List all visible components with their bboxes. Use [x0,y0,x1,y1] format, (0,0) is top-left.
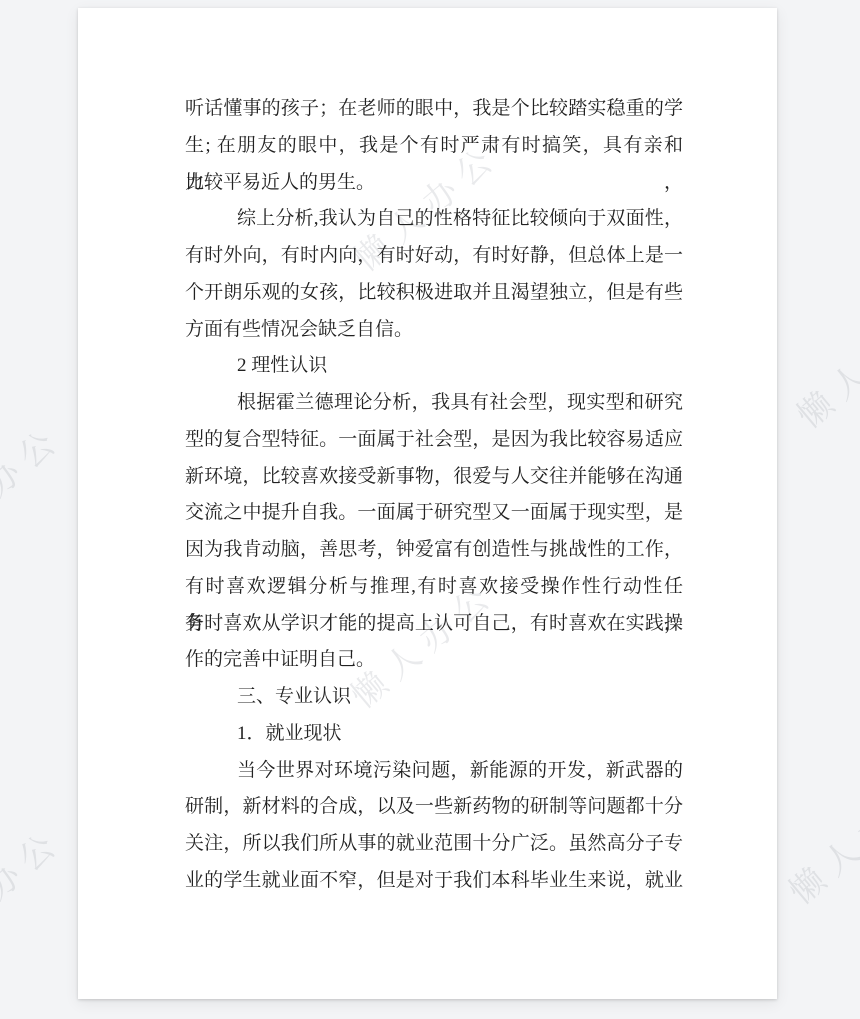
watermark-text: 懒人办公 [0,412,71,563]
document-line: 根据霍兰德理论分析，我具有社会型，现实型和研究 [185,385,683,422]
document-line: 2 理性认识 [185,348,683,385]
document-line: 型的复合型特征。一面属于社会型，是因为我比较容易适应 [185,422,683,459]
document-line: 听话懂事的孩子；在老师的眼中，我是个比较踏实稳重的学 [185,91,683,128]
document-line: 当今世界对环境污染问题，新能源的开发，新武器的 [185,753,683,790]
document-line: 研制，新材料的合成，以及一些新药物的研制等问题都十分 [185,789,683,826]
document-line: 有时喜欢逻辑分析与推理,有时喜欢接受操作性行动性任务， [185,569,683,606]
watermark-text: 懒人办公 [0,815,71,966]
document-text: 听话懂事的孩子；在老师的眼中，我是个比较踏实稳重的学生; 在朋友的眼中，我是个有… [185,91,683,900]
document-line: 生; 在朋友的眼中，我是个有时严肃有时搞笑，具有亲和力， [185,128,683,165]
viewer-background: { "theme": { "background_color": "#f3f4f… [0,0,860,1019]
document-line: 新环境，比较喜欢接受新事物，很爱与人交往并能够在沟通 [185,459,683,496]
document-line: 业的学生就业面不窄，但是对于我们本科毕业生来说，就业 [185,863,683,900]
document-line: 关注，所以我们所从事的就业范围十分广泛。虽然高分子专 [185,826,683,863]
document-line: 因为我肯动脑，善思考，钟爱富有创造性与挑战性的工作， [185,532,683,569]
document-line: 有时喜欢从学识才能的提高上认可自己，有时喜欢在实践操 [185,606,683,643]
document-line: 交流之中提升自我。一面属于研究型又一面属于现实型，是 [185,495,683,532]
document-line: 三、专业认识 [185,679,683,716]
document-line: 1．就业现状 [185,716,683,753]
document-line: 作的完善中证明自己。 [185,642,683,679]
watermark-text: 懒人办公 [777,763,860,914]
document-line: 个开朗乐观的女孩，比较积极进取并且渴望独立，但是有些 [185,275,683,312]
document-line: 综上分析,我认为自己的性格特征比较倾向于双面性， [185,201,683,238]
document-line: 有时外向，有时内向，有时好动，有时好静，但总体上是一 [185,238,683,275]
document-line: 方面有些情况会缺乏自信。 [185,312,683,349]
watermark-text: 懒人办公 [785,287,860,438]
